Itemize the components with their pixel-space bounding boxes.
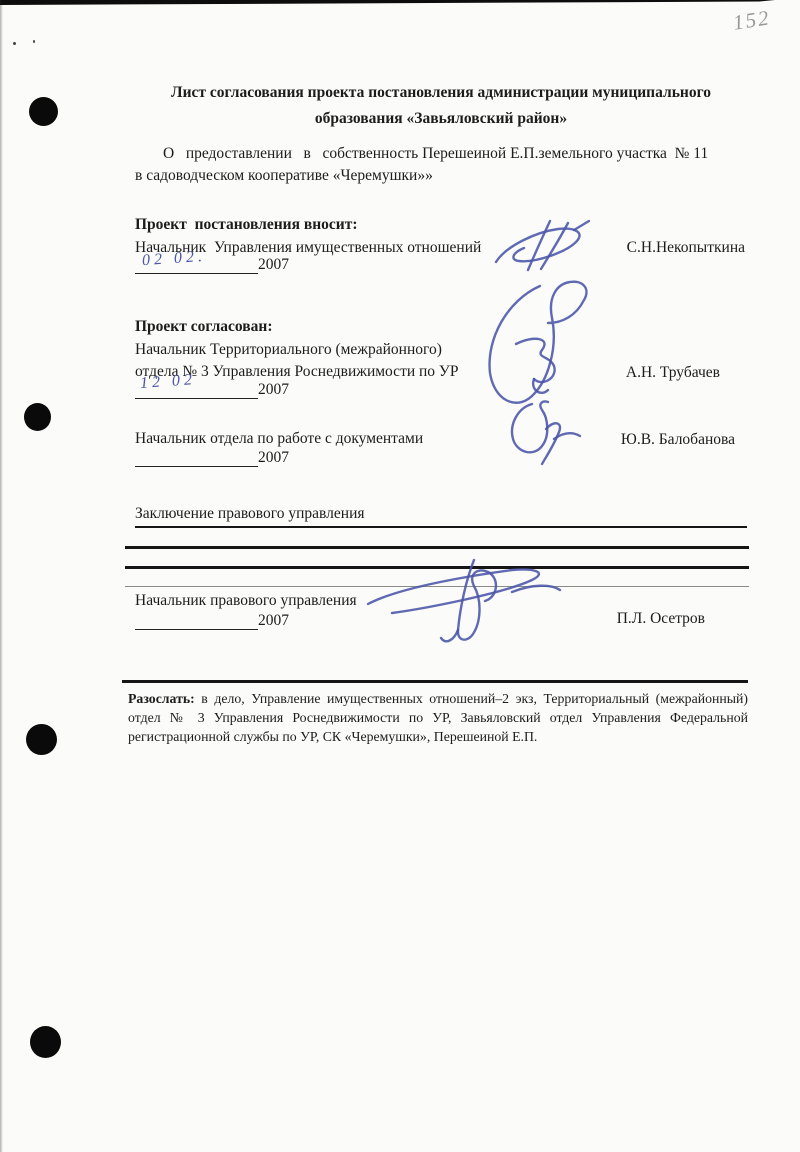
ruled-line — [125, 546, 749, 549]
agreed-role-line1: Начальник Территориального (межрайонного… — [135, 341, 442, 359]
subject-line1: О предоставлении в собственность Перешеи… — [135, 143, 747, 165]
submit-year: 2007 — [258, 256, 289, 273]
hole-punch — [29, 97, 58, 126]
handwritten-page-number: 152 — [731, 5, 772, 36]
hole-punch — [26, 724, 57, 755]
scan-speck — [13, 42, 16, 45]
legal-date-row: 2007 — [135, 612, 289, 630]
legal-role: Начальник правового управления — [135, 592, 357, 610]
subject-line2: в садоводческом кооперативе «Черемушки»» — [135, 165, 747, 187]
submit-heading: Проект постановления вносит: — [135, 216, 358, 234]
agreed-year: 2007 — [258, 381, 289, 398]
distribution-text: в дело, Управление имущественных отношен… — [128, 691, 748, 744]
signature-osetrov — [362, 556, 567, 648]
document-subject: О предоставлении в собственность Перешеи… — [135, 143, 747, 187]
legal-conclusion-label: Заключение правового управления — [135, 505, 747, 528]
date-blank-line — [135, 449, 258, 467]
legal-signer-name: П.Л. Осетров — [617, 610, 705, 628]
legal-year: 2007 — [258, 612, 289, 629]
signature-nekopytkina — [488, 218, 598, 276]
scan-left-edge — [0, 0, 3, 1152]
documents-date-row: 2007 — [135, 449, 289, 467]
submit-signer-name: С.Н.Некопыткина — [627, 239, 745, 257]
footer-rule — [122, 680, 748, 683]
distribution-paragraph: Разослать: в дело, Управление имуществен… — [128, 689, 748, 746]
documents-year: 2007 — [258, 449, 289, 466]
agreed-signer-name: А.Н. Трубачев — [626, 364, 720, 382]
title-line1: Лист согласования проекта постановления … — [135, 80, 747, 106]
document-title: Лист согласования проекта постановления … — [135, 80, 747, 132]
date-blank-line — [135, 612, 258, 630]
documents-role: Начальник отдела по работе с документами — [135, 430, 423, 448]
agreed-heading: Проект согласован: — [135, 318, 273, 336]
hole-punch — [24, 403, 51, 431]
hole-punch — [30, 1026, 61, 1058]
distribution-label: Разослать: — [128, 691, 195, 706]
scan-speck — [33, 40, 35, 43]
signature-balobanova — [502, 398, 587, 468]
scan-top-edge — [0, 0, 775, 5]
title-line2: образования «Завьяловский район» — [135, 106, 747, 132]
documents-signer-name: Ю.В. Балобанова — [621, 431, 735, 449]
